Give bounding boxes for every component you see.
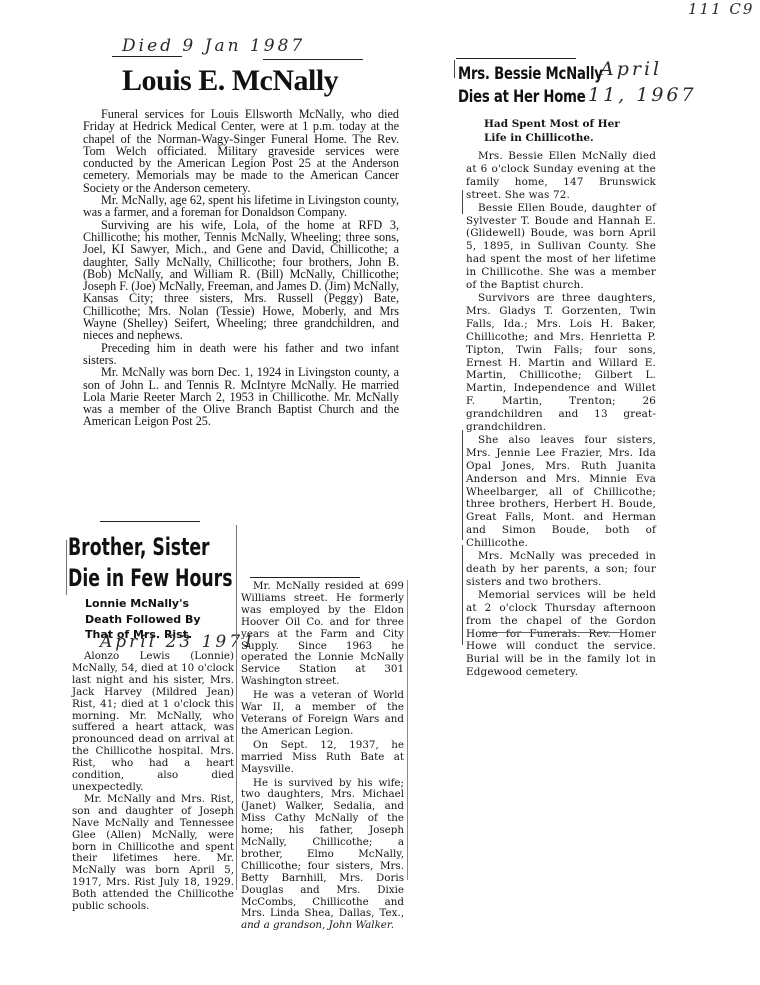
- paragraph: Mrs. Bessie Ellen McNally died at 6 o'cl…: [466, 150, 656, 202]
- clipping-edge: [66, 540, 67, 595]
- handwritten-death-date: Died 9 Jan 1987: [122, 36, 305, 56]
- clipping-edge: [454, 60, 455, 78]
- obituary-body: Funeral services for Louis Ellsworth McN…: [83, 108, 399, 428]
- paragraph-text: He is survived by his wife; two daughter…: [241, 777, 404, 920]
- clipping-edge: [462, 545, 463, 645]
- paragraph: She also leaves four sisters, Mrs. Jenni…: [466, 434, 656, 550]
- paragraph: On Sept. 12, 1937, he married Miss Ruth …: [241, 740, 404, 776]
- underline: [263, 59, 363, 60]
- obituary-title: Mrs. Bessie McNally Dies at Her Home: [458, 63, 603, 109]
- paragraph: Bessie Ellen Boude, daughter of Sylveste…: [466, 202, 656, 292]
- obituary-title: Louis E. McNally: [122, 64, 338, 98]
- page-mark-annotation: 111 C9: [688, 0, 754, 18]
- paragraph: He was a veteran of World War II, a memb…: [241, 690, 404, 738]
- paragraph: Survivors are three daughters, Mrs. Glad…: [466, 292, 656, 434]
- paragraph: Preceding him in death were his father a…: [83, 342, 399, 367]
- title-line: Brother, Sister: [68, 532, 255, 563]
- obituary-body-left-column: Alonzo Lewis (Lonnie) McNally, 54, died …: [72, 651, 234, 913]
- paragraph: Memorial services will be held at 2 o'cl…: [466, 589, 656, 679]
- handwritten-date: 11, 1967: [588, 84, 697, 106]
- paragraph: Funeral services for Louis Ellsworth McN…: [83, 108, 399, 194]
- paragraph: Mr. McNally was born Dec. 1, 1924 in Liv…: [83, 366, 399, 427]
- paragraph: Mr. McNally and Mrs. Rist, son and daugh…: [72, 794, 234, 913]
- clipping-edge: [456, 58, 576, 59]
- clipping-edge: [462, 430, 463, 540]
- title-line: Dies at Her Home: [458, 86, 603, 109]
- obituary-body: Mrs. Bessie Ellen McNally died at 6 o'cl…: [466, 150, 656, 679]
- obituary-subtitle: Had Spent Most of Her Life in Chillicoth…: [484, 117, 634, 145]
- paragraph: Alonzo Lewis (Lonnie) McNally, 54, died …: [72, 651, 234, 794]
- column-divider: [236, 525, 237, 890]
- obituary-title: Brother, Sister Die in Few Hours: [68, 532, 255, 594]
- subtitle-line: Death Followed By: [85, 612, 225, 628]
- clipping-edge: [480, 632, 620, 633]
- underline: [112, 56, 182, 57]
- title-line: Mrs. Bessie McNally: [458, 63, 603, 86]
- title-line: Die in Few Hours: [68, 563, 255, 594]
- clipping-edge: [407, 580, 408, 880]
- clipping-edge: [250, 577, 360, 578]
- paragraph: Mrs. McNally was preceded in death by he…: [466, 550, 656, 589]
- handwritten-month: April: [600, 58, 662, 80]
- paragraph-tail: and a grandson, John Walker.: [241, 919, 394, 931]
- clipping-edge: [100, 521, 200, 522]
- paragraph: He is survived by his wife; two daughter…: [241, 778, 404, 933]
- paragraph: Mr. McNally, age 62, spent his lifetime …: [83, 194, 399, 219]
- obituary-body-right-column: Mr. McNally resided at 699 Williams stre…: [241, 581, 404, 934]
- clipping-edge: [462, 190, 463, 214]
- paragraph: Mr. McNally resided at 699 Williams stre…: [241, 581, 404, 688]
- paragraph: Surviving are his wife, Lola, of the hom…: [83, 219, 399, 342]
- handwritten-date: April 23 1971: [100, 632, 257, 652]
- subtitle-line: Lonnie McNally's: [85, 596, 225, 612]
